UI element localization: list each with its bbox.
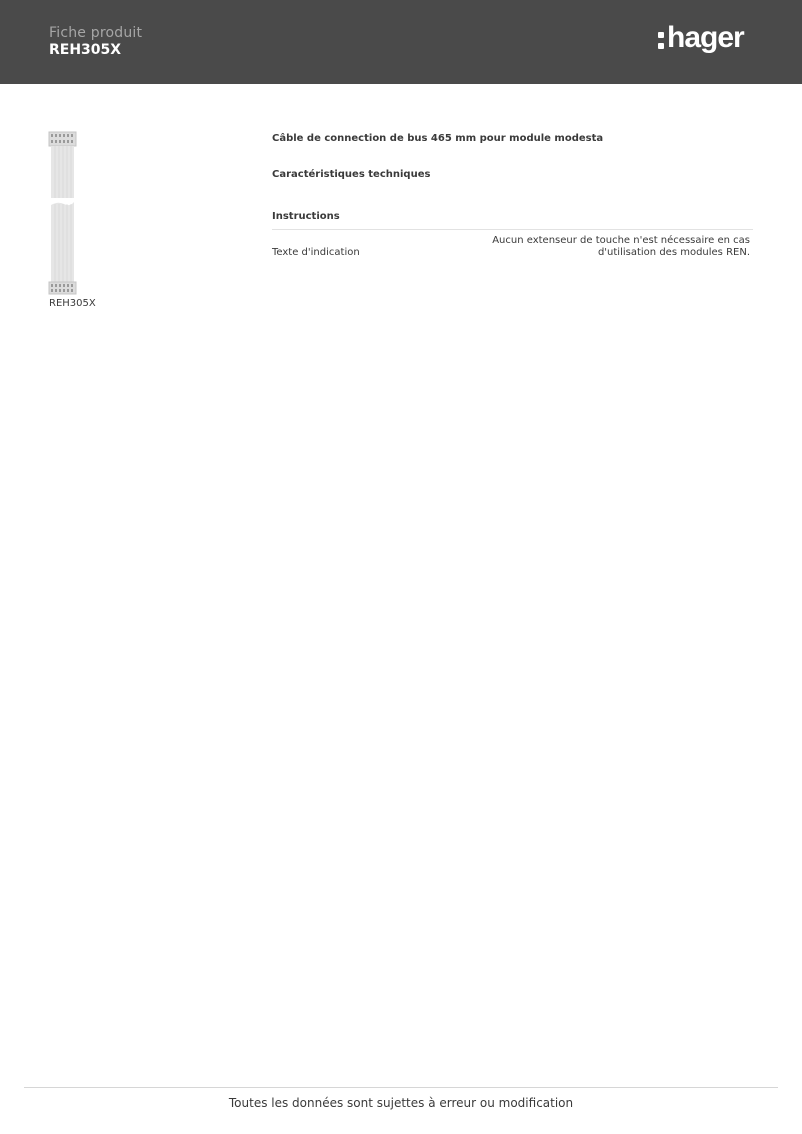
footer-disclaimer: Toutes les données sont sujettes à erreu… — [0, 1096, 802, 1110]
product-code: REH305X — [49, 42, 121, 58]
product-title: Câble de connection de bus 465 mm pour m… — [272, 133, 603, 144]
document-type: Fiche produit — [49, 25, 142, 41]
section-divider — [272, 229, 753, 230]
header-bar: Fiche produit REH305X hager — [0, 0, 802, 84]
spec-row-value: Aucun extenseur de touche n'est nécessai… — [470, 235, 750, 259]
logo-colon-icon — [658, 29, 664, 49]
section-heading-technical: Caractéristiques techniques — [272, 169, 430, 180]
ribbon-cable-image — [48, 130, 78, 296]
hager-logo: hager — [658, 20, 744, 56]
spec-row-label: Texte d'indication — [272, 247, 360, 258]
image-caption: REH305X — [49, 298, 96, 309]
section-heading-instructions: Instructions — [272, 211, 340, 222]
footer-divider — [24, 1087, 778, 1088]
